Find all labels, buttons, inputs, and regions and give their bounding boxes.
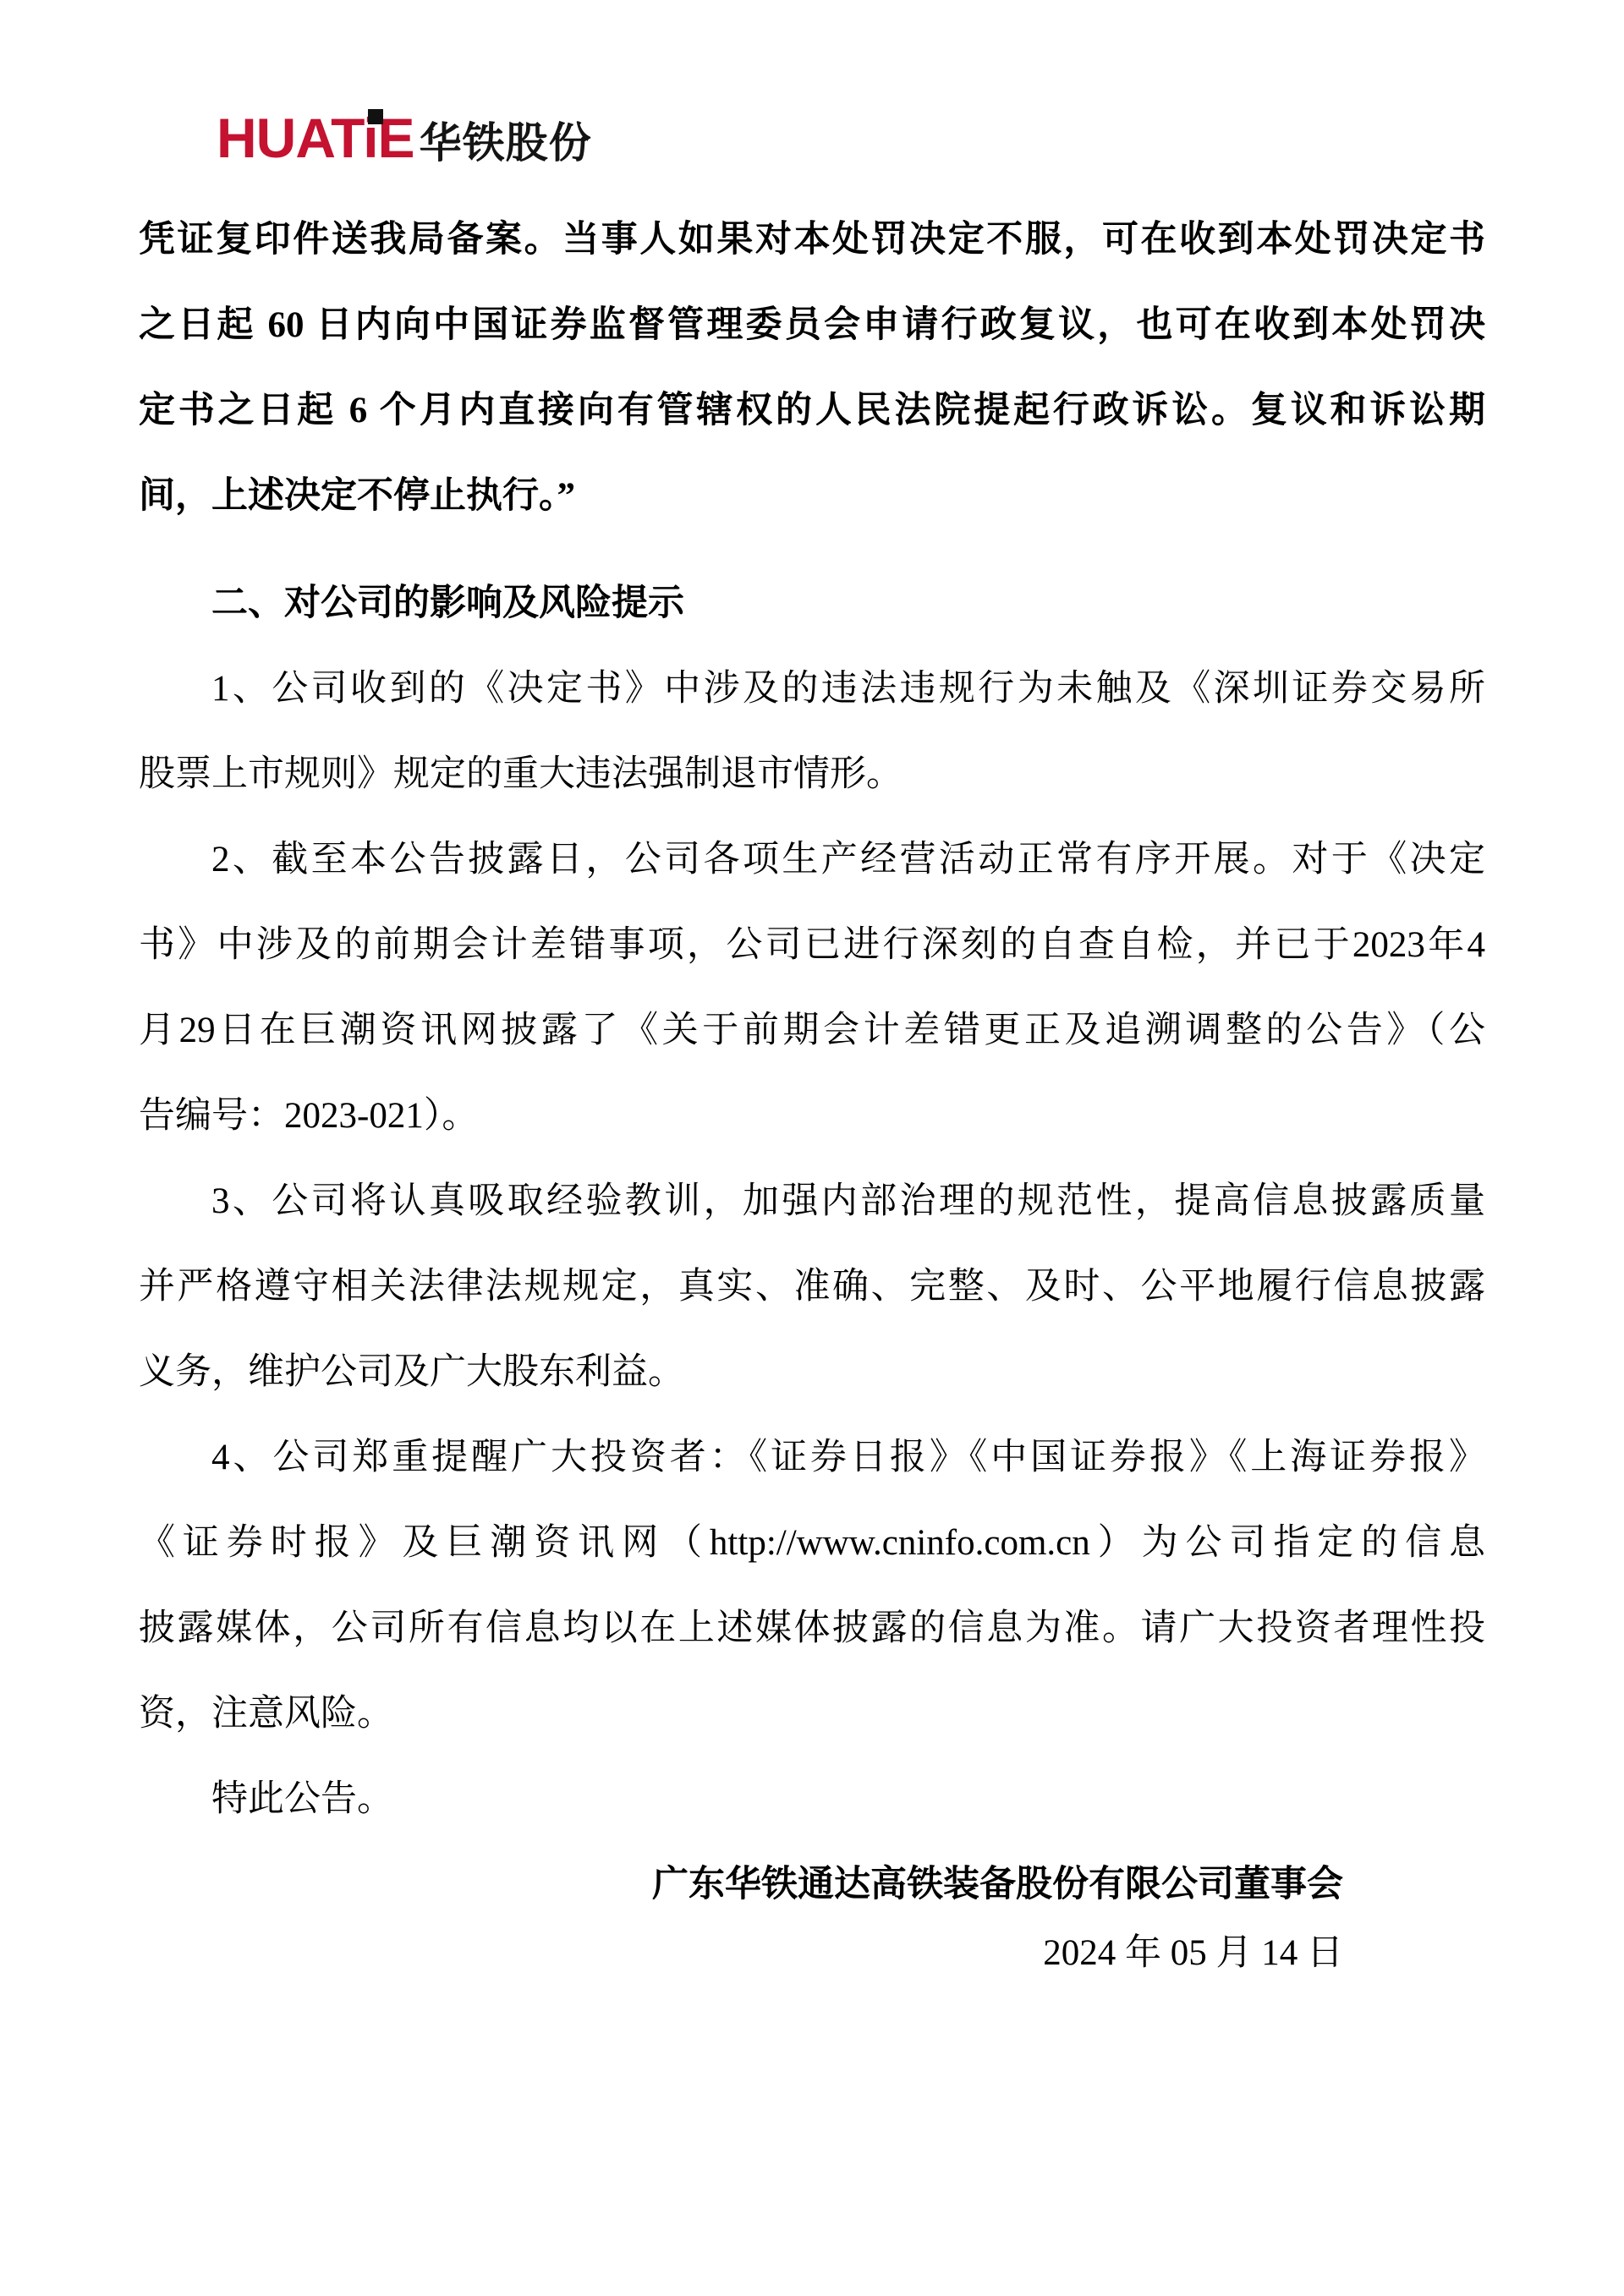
section-heading: 二、对公司的影响及风险提示 [139,561,1485,646]
logo-latin-text: HUATiE [217,107,414,169]
item-line: 3、公司将认真吸取经验教训，加强内部治理的规范性，提高信息披露质量 [139,1159,1485,1244]
logo-cjk-text: 华铁股份 [420,119,592,167]
risk-item-3: 3、公司将认真吸取经验教训，加强内部治理的规范性，提高信息披露质量 并严格遵守相… [139,1159,1485,1415]
item-line: 资，注意风险。 [139,1671,1485,1756]
risk-item-4: 4、公司郑重提醒广大投资者：《证券日报》《中国证券报》《上海证券报》 《证券时报… [139,1415,1485,1756]
logo-i-dot-icon [368,109,383,124]
item-line: 月29日在巨潮资讯网披露了《关于前期会计差错更正及追溯调整的公告》（公 [139,988,1485,1073]
item-line: 1、公司收到的《决定书》中涉及的违法违规行为未触及《深圳证券交易所 [139,646,1485,732]
risk-item-2: 2、截至本公告披露日，公司各项生产经营活动正常有序开展。对于《决定 书》中涉及的… [139,817,1485,1159]
item-line: 并严格遵守相关法律法规规定，真实、准确、完整、及时、公平地履行信息披露 [139,1244,1485,1329]
company-logo: HUATiE华铁股份 [217,108,592,171]
item-line: 股票上市规则》规定的重大违法强制退市情形。 [139,732,1485,817]
item-line: 《证券时报》及巨潮资讯网（http://www.cninfo.com.cn）为公… [139,1500,1485,1586]
item-line: 书》中涉及的前期会计差错事项，公司已进行深刻的自查自检，并已于2023年4 [139,902,1485,988]
closing-line: 特此公告。 [139,1756,1485,1842]
quote-line: 间，上述决定不停止执行。” [139,453,1485,539]
item-line: 义务，维护公司及广大股东利益。 [139,1329,1485,1415]
quote-line: 定书之日起 6 个月内直接向有管辖权的人民法院提起行政诉讼。复议和诉讼期 [139,368,1485,453]
quote-line: 之日起 60 日内向中国证券监督管理委员会申请行政复议，也可在收到本处罚决 [139,282,1485,368]
risk-item-1: 1、公司收到的《决定书》中涉及的违法违规行为未触及《深圳证券交易所 股票上市规则… [139,646,1485,817]
item-line: 披露媒体，公司所有信息均以在上述媒体披露的信息为准。请广大投资者理性投 [139,1586,1485,1671]
document-body: 凭证复印件送我局备案。当事人如果对本处罚决定不服，可在收到本处罚决定书 之日起 … [139,197,1485,1996]
item-line: 告编号：2023-021）。 [139,1073,1485,1159]
item-line: 4、公司郑重提醒广大投资者：《证券日报》《中国证券报》《上海证券报》 [139,1415,1485,1500]
item-line: 2、截至本公告披露日，公司各项生产经营活动正常有序开展。对于《决定 [139,817,1485,902]
quote-line: 凭证复印件送我局备案。当事人如果对本处罚决定不服，可在收到本处罚决定书 [139,197,1485,282]
quote-paragraph: 凭证复印件送我局备案。当事人如果对本处罚决定不服，可在收到本处罚决定书 之日起 … [139,197,1485,539]
